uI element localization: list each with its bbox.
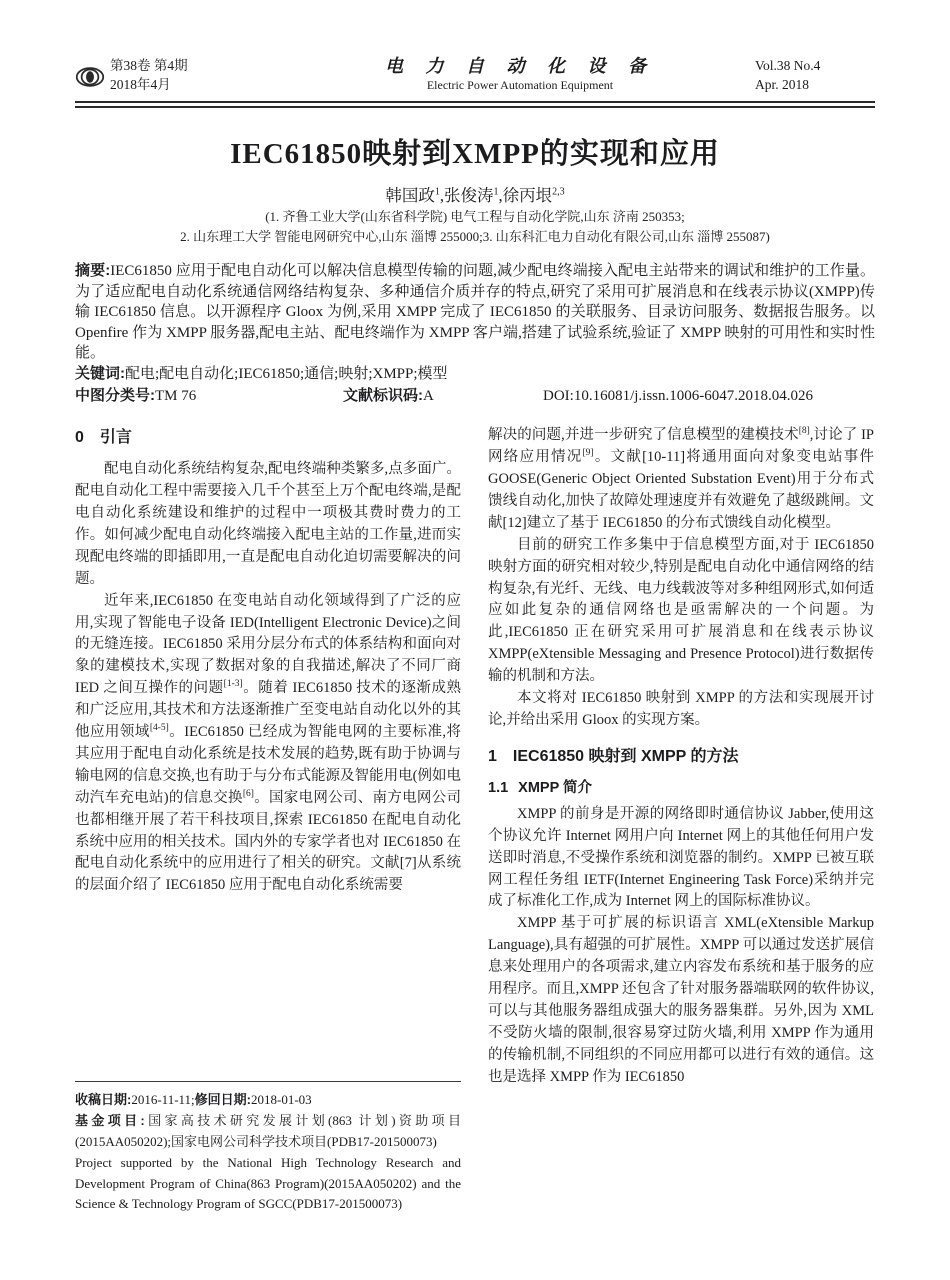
left-column: 0引言 配电自动化系统结构复杂,配电终端种类繁多,点多面广。配电自动化工程中需要… xyxy=(75,425,461,1217)
authors-line: 韩国政1,张俊涛1,徐丙垠2,3 xyxy=(75,185,875,207)
paragraph: 解决的问题,并进一步研究了信息模型的建模技术[8],讨论了 IP 网络应用情况[… xyxy=(488,425,874,535)
received-revised-dates: 收稿日期:2016-11-11;修回日期:2018-01-03 xyxy=(75,1090,461,1111)
section-0-title: 引言 xyxy=(100,429,132,446)
footnote-block: 收稿日期:2016-11-11;修回日期:2018-01-03 基金项目:国家高… xyxy=(75,1081,461,1215)
body-columns: 0引言 配电自动化系统结构复杂,配电终端种类繁多,点多面广。配电自动化工程中需要… xyxy=(75,425,875,1217)
volume-issue-en: Vol.38 No.4 xyxy=(755,56,875,75)
section-1-1-number: 1.1 xyxy=(488,780,508,796)
date-cn: 2018年4月 xyxy=(110,75,188,94)
header-left-text: 第38卷 第4期 2018年4月 xyxy=(110,56,188,94)
journal-logo-icon xyxy=(75,66,105,93)
section-1-number: 1 xyxy=(488,748,497,765)
keywords-label: 关键词: xyxy=(75,365,125,382)
paragraph: 目前的研究工作多集中于信息模型方面,对于 IEC61850 映射方面的研究相对较… xyxy=(488,535,874,688)
document-code-value: A xyxy=(423,388,434,404)
header-left: 第38卷 第4期 2018年4月 xyxy=(75,56,285,94)
keywords-line: 关键词:配电;配电自动化;IEC61850;通信;映射;XMPP;模型 xyxy=(75,364,875,385)
page-content: 第38卷 第4期 2018年4月 电 力 自 动 化 设 备 Electric … xyxy=(75,55,875,1217)
paragraph: 本文将对 IEC61850 映射到 XMPP 的方法和实现展开讨论,并给出采用 … xyxy=(488,688,874,732)
doi: DOI:10.16081/j.issn.1006-6047.2018.04.02… xyxy=(543,386,875,407)
affiliation-line-2: 2. 山东理工大学 智能电网研究中心,山东 淄博 255000;3. 山东科汇电… xyxy=(75,227,875,247)
header-center: 电 力 自 动 化 设 备 Electric Power Automation … xyxy=(385,55,655,94)
journal-name-en: Electric Power Automation Equipment xyxy=(385,77,655,94)
affiliation-line-1: (1. 齐鲁工业大学(山东省科学院) 电气工程与自动化学院,山东 济南 2503… xyxy=(75,207,875,227)
section-1-1-heading: 1.1XMPP 简介 xyxy=(488,778,874,798)
keywords-text: 配电;配电自动化;IEC61850;通信;映射;XMPP;模型 xyxy=(125,366,448,382)
journal-page: 第38卷 第4期 2018年4月 电 力 自 动 化 设 备 Electric … xyxy=(0,0,950,1280)
section-0-number: 0 xyxy=(75,429,84,446)
section-1-title: IEC61850 映射到 XMPP 的方法 xyxy=(513,748,739,765)
meta-row: 中图分类号:TM 76 文献标识码:A DOI:10.16081/j.issn.… xyxy=(75,386,875,407)
volume-issue-cn: 第38卷 第4期 xyxy=(110,56,188,75)
journal-header: 第38卷 第4期 2018年4月 电 力 自 动 化 设 备 Electric … xyxy=(75,55,875,94)
clc-number: 中图分类号:TM 76 xyxy=(75,386,343,407)
paragraph: XMPP 的前身是开源的网络即时通信协议 Jabber,使用这个协议允许 Int… xyxy=(488,804,874,914)
paragraph: 配电自动化系统结构复杂,配电终端种类繁多,点多面广。配电自动化工程中需要接入几千… xyxy=(75,459,461,590)
funding-note-en: Project supported by the National High T… xyxy=(75,1153,461,1215)
funding-note-cn: 基金项目:国家高技术研究发展计划(863 计划)资助项目(2015AA05020… xyxy=(75,1111,461,1153)
right-column: 解决的问题,并进一步研究了信息模型的建模技术[8],讨论了 IP 网络应用情况[… xyxy=(488,425,874,1217)
abstract-text: IEC61850 应用于配电自动化可以解决信息模型传输的问题,减少配电终端接入配… xyxy=(75,263,875,361)
abstract-paragraph: 摘要:IEC61850 应用于配电自动化可以解决信息模型传输的问题,减少配电终端… xyxy=(75,261,875,364)
clc-label: 中图分类号: xyxy=(75,387,155,404)
abstract-label: 摘要: xyxy=(75,262,110,279)
section-1-heading: 1IEC61850 映射到 XMPP 的方法 xyxy=(488,746,874,768)
paragraph: 近年来,IEC61850 在变电站自动化领域得到了广泛的应用,实现了智能电子设备… xyxy=(75,591,461,898)
article-title: IEC61850映射到XMPP的实现和应用 xyxy=(75,136,875,172)
header-rule xyxy=(75,101,875,108)
date-en: Apr. 2018 xyxy=(755,75,875,94)
section-0-heading: 0引言 xyxy=(75,427,461,449)
document-code: 文献标识码:A xyxy=(343,386,543,407)
clc-value: TM 76 xyxy=(155,388,196,404)
header-right: Vol.38 No.4 Apr. 2018 xyxy=(755,56,875,94)
paragraph: XMPP 基于可扩展的标识语言 XML(eXtensible Markup La… xyxy=(488,913,874,1088)
journal-name-cn: 电 力 自 动 化 设 备 xyxy=(385,55,655,77)
section-1-1-title: XMPP 简介 xyxy=(518,780,592,796)
document-code-label: 文献标识码: xyxy=(343,387,423,404)
